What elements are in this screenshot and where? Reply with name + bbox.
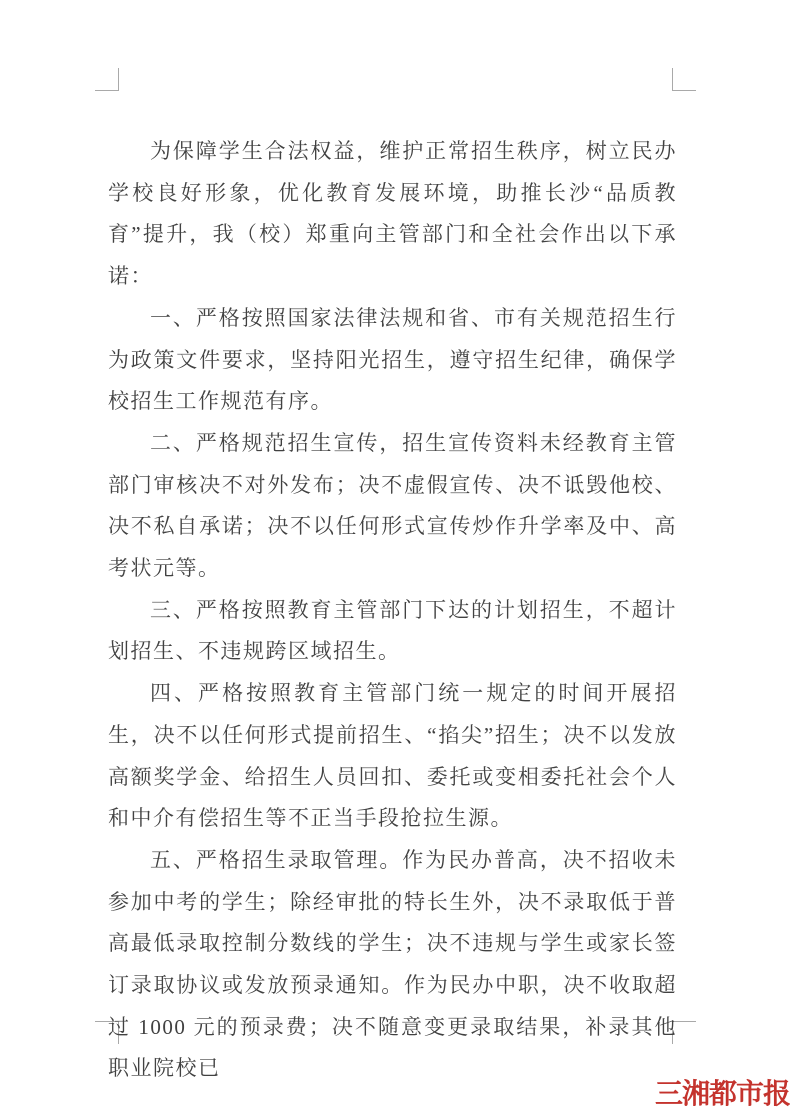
body-paragraph-intro: 为保障学生合法权益，维护正常招生秩序，树立民办学校良好形象，优化教育发展环境，助…	[108, 131, 677, 298]
document-body: 为保障学生合法权益，维护正常招生秩序，树立民办学校良好形象，优化教育发展环境，助…	[108, 131, 677, 1090]
press-logo: 三湘都市报	[653, 1072, 790, 1112]
body-paragraph-item-1: 一、严格按照国家法律法规和省、市有关规范招生行为政策文件要求，坚持阳光招生，遵守…	[108, 298, 677, 423]
body-paragraph-item-3: 三、严格按照教育主管部门下达的计划招生，不超计划招生、不违规跨区域招生。	[108, 590, 677, 673]
margin-corner-top-right	[672, 68, 696, 91]
body-paragraph-item-2: 二、严格规范招生宣传，招生宣传资料未经教育主管部门审核决不对外发布；决不虚假宣传…	[108, 423, 677, 590]
document-page: 为保障学生合法权益，维护正常招生秩序，树立民办学校良好形象，优化教育发展环境，助…	[0, 0, 790, 1112]
body-paragraph-item-5: 五、严格招生录取管理。作为民办普高，决不招收未参加中考的学生；除经审批的特长生外…	[108, 840, 677, 1090]
margin-corner-top-left	[95, 68, 119, 91]
body-paragraph-item-4: 四、严格按照教育主管部门统一规定的时间开展招生，决不以任何形式提前招生、“掐尖”…	[108, 673, 677, 840]
